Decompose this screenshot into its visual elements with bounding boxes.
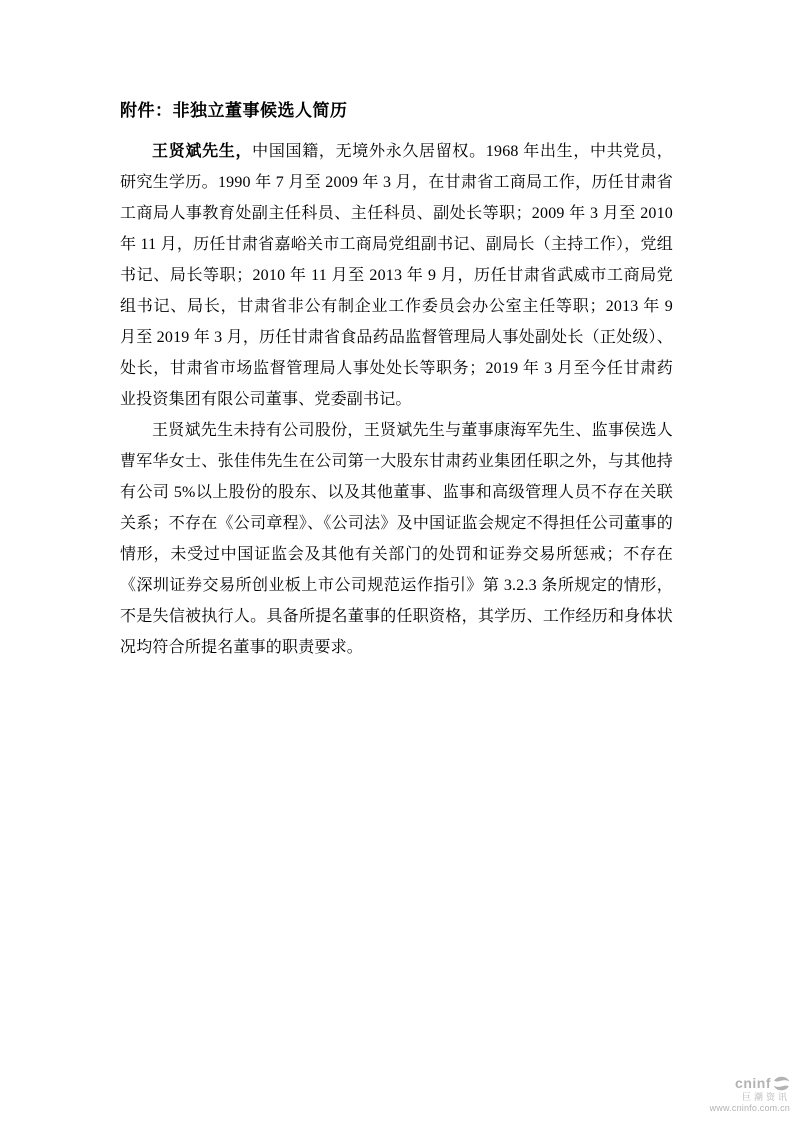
attachment-title: 附件：非独立董事候选人简历 bbox=[120, 99, 673, 123]
cninfo-brand-name: 巨潮资讯 bbox=[710, 1092, 790, 1102]
bio-paragraph: 王贤斌先生，中国国籍，无境外永久居留权。1968 年出生，中共党员，研究生学历。… bbox=[120, 136, 673, 415]
cninfo-url: www.cninfo.com.cn bbox=[710, 1103, 790, 1113]
cninfo-watermark: cninf 巨潮资讯 www.cninfo.com.cn bbox=[710, 1075, 790, 1113]
shareholding-paragraph: 王贤斌先生未持有公司股份，王贤斌先生与董事康海军先生、监事侯选人曹军华女士、张佳… bbox=[120, 415, 673, 663]
candidate-name-lead: 王贤斌先生， bbox=[152, 143, 252, 160]
bio-paragraph-text: 中国国籍，无境外永久居留权。1968 年出生，中共党员，研究生学历。1990 年… bbox=[120, 143, 673, 408]
cninfo-logo-text: cninf bbox=[735, 1075, 771, 1091]
cninfo-logo-icon bbox=[773, 1076, 790, 1091]
shareholding-paragraph-text: 王贤斌先生未持有公司股份，王贤斌先生与董事康海军先生、监事侯选人曹军华女士、张佳… bbox=[120, 422, 673, 656]
cninfo-logo-row: cninf bbox=[710, 1075, 790, 1091]
document-content: 附件：非独立董事候选人简历 王贤斌先生，中国国籍，无境外永久居留权。1968 年… bbox=[120, 99, 673, 663]
document-page: 附件：非独立董事候选人简历 王贤斌先生，中国国籍，无境外永久居留权。1968 年… bbox=[0, 0, 793, 1122]
